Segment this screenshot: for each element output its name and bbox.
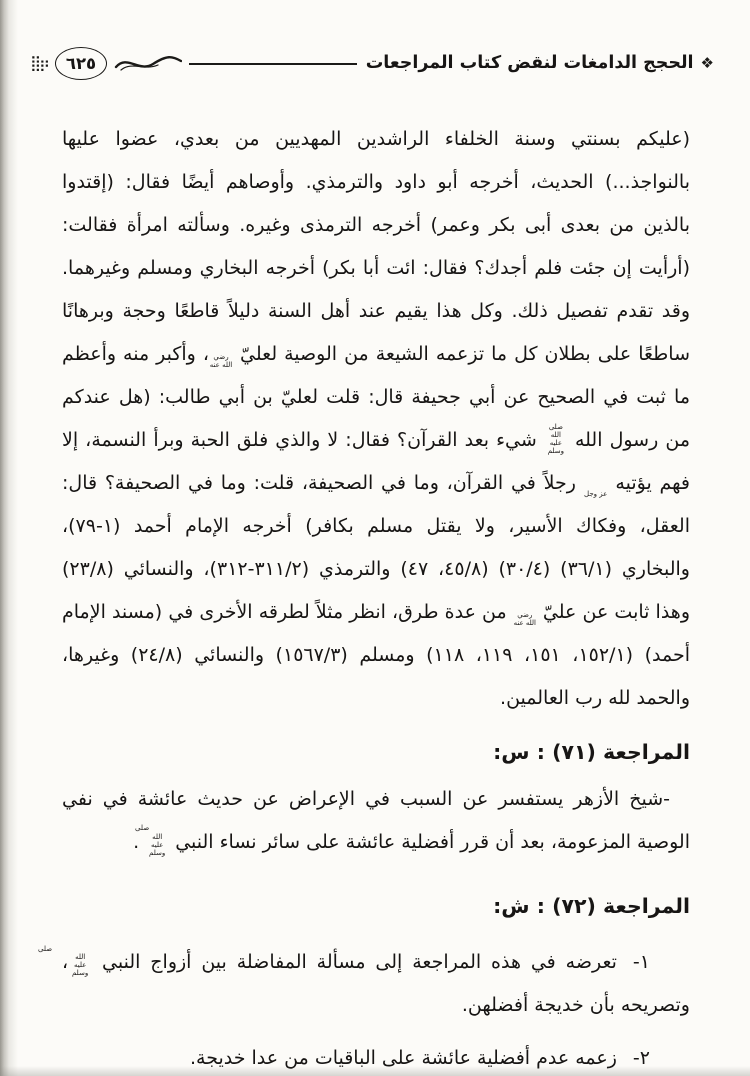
header-ornament-left-icon: ⣿⡶ xyxy=(30,56,48,71)
honorific-ra-icon: رضي الله عنه xyxy=(513,611,537,627)
paragraph-hadith-discussion: (عليكم بسنتي وسنة الخلفاء الراشدين المهد… xyxy=(62,118,690,720)
section-heading-muraja-72: المراجعة (٧٢) : ش: xyxy=(62,894,690,920)
header-ornament-right-icon: ❖ xyxy=(701,56,712,71)
page-content: (عليكم بسنتي وسنة الخلفاء الراشدين المهد… xyxy=(0,118,750,1076)
honorific-azwj-icon: عز وجل xyxy=(584,490,608,498)
honorific-pbuh-icon: صلى الله عليه وسلم xyxy=(544,423,568,455)
book-page-scan: ❖ الحجج الدامغات لنقض كتاب المراجعات ٦٢٥… xyxy=(0,0,750,1076)
honorific-ra-icon: رضي الله عنه xyxy=(209,353,233,369)
item-2-text: زعمه عدم أفضلية عائشة على الباقيات من عد… xyxy=(190,1047,617,1069)
item-1-text: تعرضه في هذه المراجعة إلى مسألة المفاضلة… xyxy=(62,951,690,1016)
page-number-badge: ٦٢٥ xyxy=(55,47,107,80)
honorific-pbuh-icon: صلى الله عليه وسلم xyxy=(145,824,169,856)
page-header: ❖ الحجج الدامغات لنقض كتاب المراجعات ٦٢٥… xyxy=(30,44,712,82)
item-1-number: ١- xyxy=(633,951,650,973)
header-flourish-icon xyxy=(114,52,182,74)
book-title: الحجج الدامغات لنقض كتاب المراجعات xyxy=(366,53,694,73)
page-inner: ❖ الحجج الدامغات لنقض كتاب المراجعات ٦٢٥… xyxy=(0,44,750,1076)
paragraph-section-71: -شيخ الأزهر يستفسر عن السبب في الإعراض ع… xyxy=(62,778,690,864)
honorific-pbuh-icon: صلى الله عليه وسلم xyxy=(68,945,92,977)
item-2-number: ٢- xyxy=(633,1047,650,1069)
section-heading-muraja-71: المراجعة (٧١) : س: xyxy=(62,740,690,766)
list-item-2: ٢-زعمه عدم أفضلية عائشة على الباقيات من … xyxy=(62,1037,690,1076)
list-item-1: ١-تعرضه في هذه المراجعة إلى مسألة المفاض… xyxy=(62,941,690,1027)
header-rule xyxy=(189,63,357,65)
